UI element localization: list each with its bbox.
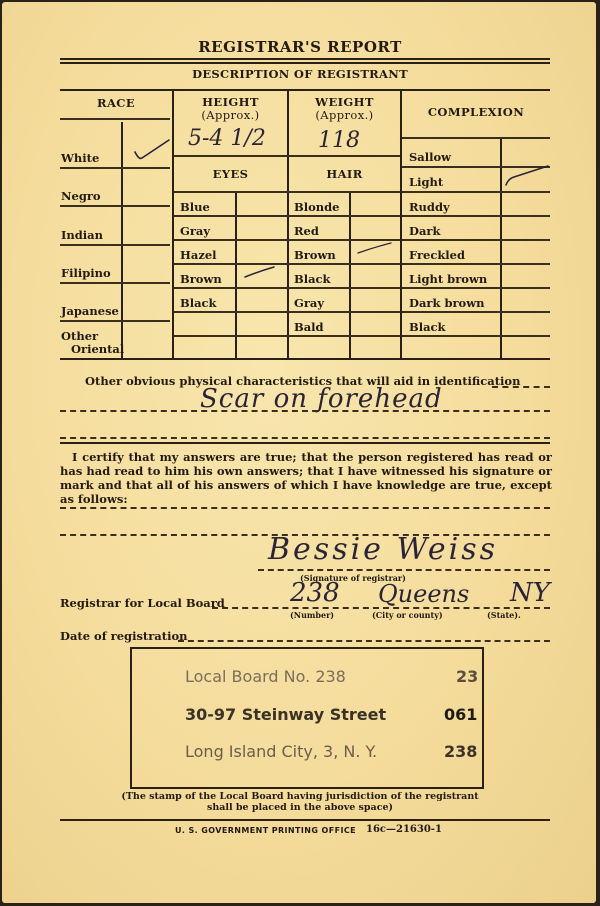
race-header-rule — [60, 118, 170, 120]
eyes-header: EYES — [174, 168, 287, 181]
eyes-black-label: Black — [180, 296, 217, 310]
race-row-rule — [60, 282, 170, 284]
weight-header: WEIGHT (Approx.) — [289, 96, 400, 122]
complexion-light-brown-label: Light brown — [409, 272, 487, 286]
height-value[interactable]: 5-4 1/2 — [188, 126, 266, 151]
hair-black-label: Black — [294, 272, 331, 286]
exceptions-line-1 — [60, 507, 550, 509]
eyes-hair-row-rule — [174, 215, 400, 217]
board-label: Registrar for Local Board — [60, 596, 225, 610]
eyes-hair-row-rule — [174, 263, 400, 265]
eyes-hair-row-rule — [174, 311, 400, 313]
stamp-instruction-line-1: (The stamp of the Local Board having jur… — [0, 791, 600, 802]
characteristics-leader — [492, 386, 550, 388]
complexion-light-checkmark-icon[interactable] — [502, 163, 550, 189]
eyes-hair-row-rule — [174, 335, 400, 337]
eyes-hair-row-rule — [174, 287, 400, 289]
footer-rule — [60, 819, 550, 821]
complexion-row-rule — [402, 215, 550, 217]
city-caption: (City or county) — [372, 610, 443, 620]
race-row-rule — [60, 320, 170, 322]
eyes-gray-label: Gray — [180, 224, 210, 238]
race-row-rule — [60, 244, 170, 246]
complexion-header: COMPLEXION — [402, 106, 550, 119]
complexion-row-rule — [402, 287, 550, 289]
hair-gray-label: Gray — [294, 296, 324, 310]
board-city-value[interactable]: Queens — [378, 580, 469, 608]
complexion-row-rule — [402, 311, 550, 313]
col-divider-weight — [400, 90, 402, 358]
complexion-row-rule — [402, 263, 550, 265]
table-bottom-rule — [60, 358, 550, 360]
hair-brown-checkmark-icon[interactable] — [355, 240, 395, 256]
stamp-margin-3: 238 — [444, 742, 477, 761]
table-top-rule — [60, 89, 550, 91]
complexion-ruddy-label: Ruddy — [409, 200, 450, 214]
stamp-margin-1: 23 — [456, 667, 478, 686]
race-row-rule — [60, 205, 170, 207]
complexion-sallow-label: Sallow — [409, 150, 451, 164]
complexion-dark-brown-label: Dark brown — [409, 296, 485, 310]
section-rule — [60, 442, 550, 444]
race-header: RACE — [60, 97, 172, 110]
eyes-hazel-label: Hazel — [180, 248, 217, 262]
hair-blonde-label: Blonde — [294, 200, 339, 214]
height-weight-rule — [174, 155, 400, 157]
number-caption: (Number) — [290, 610, 334, 620]
hair-red-label: Red — [294, 224, 319, 238]
hair-bald-label: Bald — [294, 320, 324, 334]
stamp-instruction-line-2: shall be placed in the above space) — [0, 802, 600, 813]
eyes-check-divider — [235, 192, 237, 358]
date-line[interactable] — [178, 640, 550, 642]
printer-credit: U. S. GOVERNMENT PRINTING OFFICE — [175, 826, 356, 835]
form-number: 16c—21630-1 — [366, 824, 442, 835]
eyes-brown-label: Brown — [180, 272, 222, 286]
complexion-freckled-label: Freckled — [409, 248, 465, 262]
weight-value[interactable]: 118 — [318, 128, 360, 153]
title-rule-bottom — [60, 62, 550, 64]
signature-line — [258, 569, 550, 571]
stamp-line-3: Long Island City, 3, N. Y. — [185, 742, 377, 761]
hair-brown-label: Brown — [294, 248, 336, 262]
stamp-line-2: 30-97 Steinway Street — [185, 705, 386, 724]
eyes-brown-checkmark-icon[interactable] — [242, 264, 278, 280]
characteristics-line-2 — [60, 437, 550, 439]
race-japanese-label: Japanese — [61, 304, 119, 318]
section-title: DESCRIPTION OF REGISTRANT — [0, 67, 600, 81]
race-white-label: White — [61, 151, 99, 165]
date-label: Date of registration — [60, 629, 187, 643]
complexion-row-rule — [402, 239, 550, 241]
race-filipino-label: Filipino — [61, 266, 111, 280]
page-title: REGISTRAR'S REPORT — [0, 38, 600, 56]
board-number-value[interactable]: 238 — [290, 578, 340, 608]
hair-check-divider — [349, 192, 351, 358]
complexion-black-label: Black — [409, 320, 446, 334]
weight-header-sub: (Approx.) — [289, 109, 400, 122]
characteristics-line-1 — [60, 410, 550, 412]
title-rule-top — [60, 58, 550, 60]
complexion-row-rule — [402, 335, 550, 337]
race-white-checkmark-icon[interactable] — [133, 136, 173, 164]
stamp-margin-2: 061 — [444, 705, 477, 724]
stamp-line-1: Local Board No. 238 — [185, 667, 346, 686]
state-caption: (State). — [487, 610, 521, 620]
complexion-dark-label: Dark — [409, 224, 440, 238]
certification-text: I certify that my answers are true; that… — [60, 450, 552, 506]
race-check-divider — [121, 122, 123, 358]
col-divider-height — [287, 90, 289, 358]
complexion-light-label: Light — [409, 175, 443, 189]
height-header-sub: (Approx.) — [174, 109, 287, 122]
race-other-oriental-label: Other Oriental — [61, 330, 124, 356]
race-indian-label: Indian — [61, 228, 103, 242]
race-row-rule — [60, 167, 170, 169]
board-state-value[interactable]: NY — [510, 578, 550, 608]
eyes-hair-header-rule — [174, 191, 400, 193]
height-header: HEIGHT (Approx.) — [174, 96, 287, 122]
registrar-signature[interactable]: Bessie Weiss — [268, 532, 498, 567]
col-divider-race — [172, 90, 174, 358]
complexion-header-rule — [402, 137, 550, 139]
stamp-instruction: (The stamp of the Local Board having jur… — [0, 791, 600, 813]
race-negro-label: Negro — [61, 189, 101, 203]
complexion-row-rule — [402, 191, 550, 193]
hair-header: HAIR — [289, 168, 400, 181]
eyes-blue-label: Blue — [180, 200, 210, 214]
race-other-line2: Oriental — [61, 343, 124, 356]
